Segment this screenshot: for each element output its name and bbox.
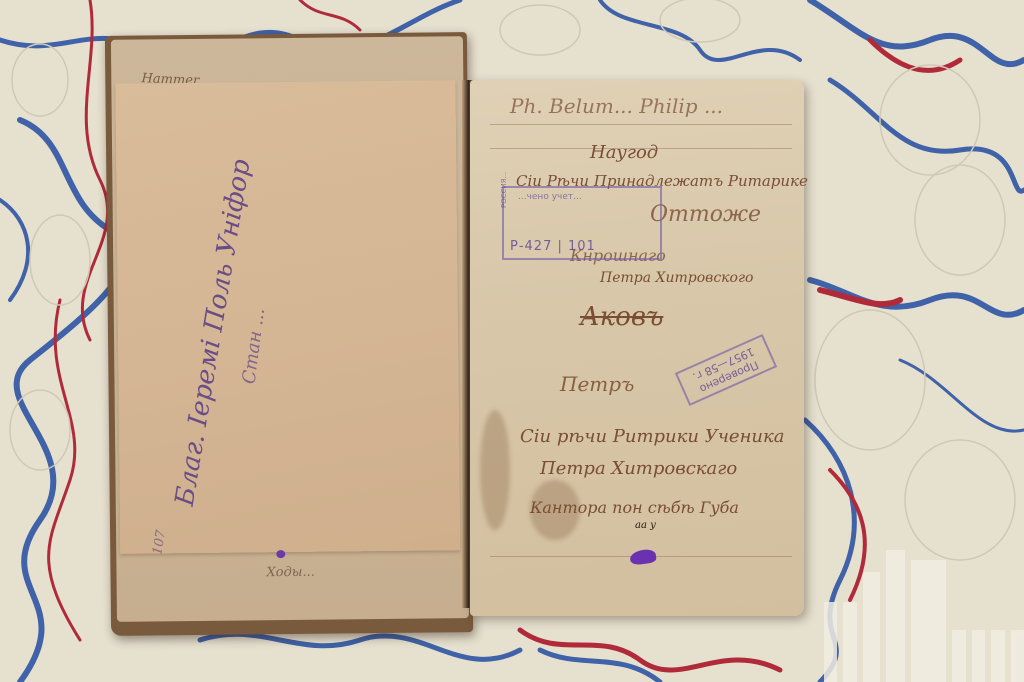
script-line-9: Петра Хитровскаго	[540, 458, 737, 479]
script-line-6-struck: Аковъ	[580, 302, 663, 332]
bar-logo-watermark	[816, 542, 1024, 682]
script-line-7: Петръ	[560, 372, 634, 396]
purple-ink-dot	[276, 550, 285, 558]
header-signature: Ph. Belum... Philip ...	[510, 94, 723, 118]
water-stain	[480, 410, 510, 530]
script-line-11: аа у	[635, 520, 656, 531]
logo-bar	[952, 630, 965, 682]
script-line-5: Петра Хитровского	[600, 270, 753, 286]
script-line-10: Кантора пон сѣбѣ Губа	[530, 498, 739, 517]
logo-bar	[843, 602, 856, 682]
stamp-inventory-number: Р-427 | 101	[510, 239, 596, 254]
stamp-side-text: РОССИЯ...	[500, 172, 508, 208]
left-paper-flap: Благ. Іеремі Поль Уніфор Стан ... 107	[115, 80, 460, 554]
purple-ink-blot	[629, 548, 657, 565]
logo-bar	[886, 550, 905, 682]
logo-bar	[972, 630, 985, 682]
left-endpaper: Hammer ... Благ. Іеремі Поль Уніфор Стан…	[111, 36, 469, 622]
left-vertical-number: 107	[150, 529, 169, 556]
script-line-8: Сiи рѣчи Ритрики Ученика	[520, 426, 785, 447]
logo-bar	[911, 560, 946, 682]
left-bottom-inscription: Ходы...	[266, 565, 314, 581]
script-line-1: Наугод	[590, 142, 658, 163]
checked-stamp: Проверено 1957—58 г.	[675, 334, 777, 406]
right-title-page: Ph. Belum... Philip ... Наугод Сiи Рѣчи …	[470, 80, 804, 616]
logo-bar	[991, 630, 1004, 682]
script-line-3: Оттоже	[650, 202, 761, 227]
left-cover-page: Hammer ... Благ. Іеремі Поль Уніфор Стан…	[105, 32, 473, 636]
left-vertical-inscription-secondary: Стан ...	[239, 307, 270, 385]
logo-bar	[1011, 630, 1024, 682]
logo-bar	[824, 602, 837, 682]
left-vertical-inscription-main: Благ. Іеремі Поль Уніфор	[170, 157, 257, 508]
library-inventory-stamp: ...чено учет... РОССИЯ... Р-427 | 101	[502, 186, 662, 260]
stamp-top-text: ...чено учет...	[518, 192, 582, 202]
logo-bar	[863, 572, 880, 682]
